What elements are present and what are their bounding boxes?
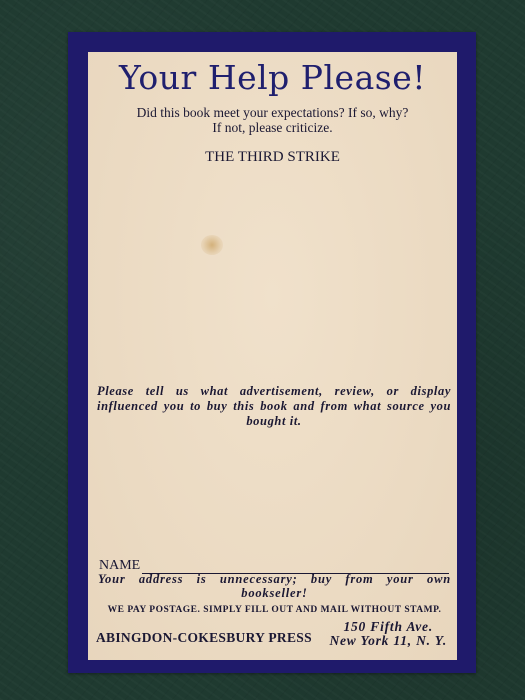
address-line-2: New York 11, N. Y. (329, 634, 447, 648)
card-subtitle: Did this book meet your expectations? If… (88, 105, 457, 135)
card-paper: Your Help Please! Did this book meet you… (88, 52, 457, 660)
address-note: Your address is unnecessary; buy from yo… (98, 572, 451, 600)
source-question: Please tell us what advertisement, revie… (97, 384, 451, 429)
address-line-1: 150 Fifth Ave. (329, 620, 447, 634)
subtitle-line-2: If not, please criticize. (88, 120, 457, 135)
reply-card: Your Help Please! Did this book meet you… (68, 32, 476, 673)
stain-mark (201, 235, 223, 255)
postage-note: WE PAY POSTAGE. SIMPLY FILL OUT AND MAIL… (98, 605, 451, 615)
book-title: THE THIRD STRIKE (88, 149, 457, 166)
publisher-address: 150 Fifth Ave. New York 11, N. Y. (329, 620, 447, 648)
subtitle-line-1: Did this book meet your expectations? If… (88, 105, 457, 120)
publisher-name: ABINGDON-COKESBURY PRESS (96, 630, 312, 646)
card-title: Your Help Please! (88, 58, 457, 97)
